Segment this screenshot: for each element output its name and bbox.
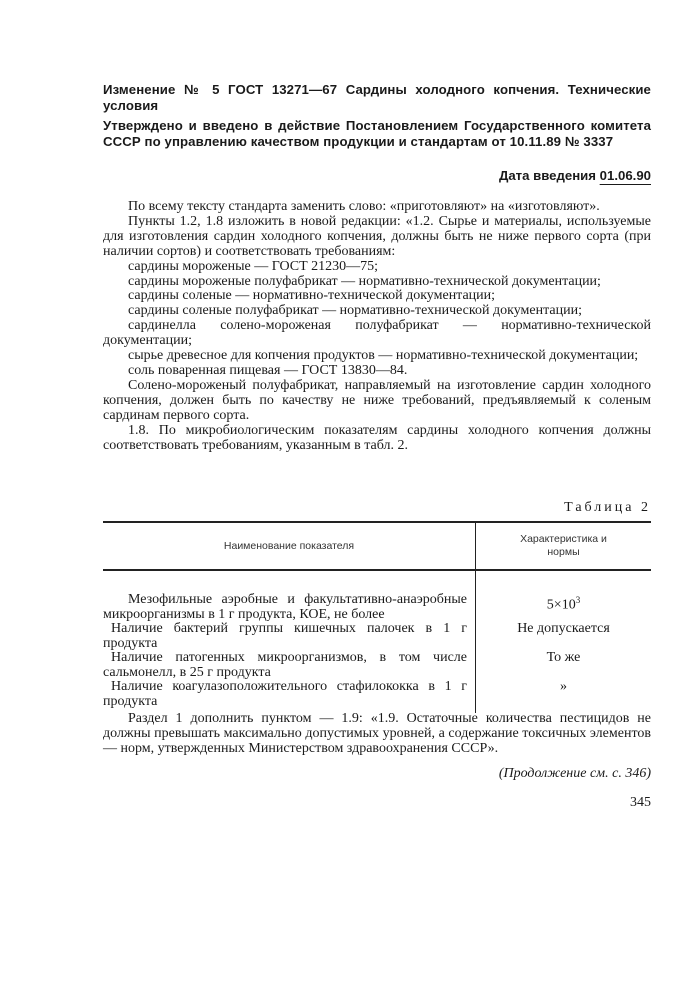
section-addition: Раздел 1 дополнить пунктом — 1.9: «1.9. …	[103, 712, 651, 757]
table-body: Мезофильные аэробные и факультативно-ана…	[103, 571, 651, 713]
approval-statement: Утверждено и введено в действие Постанов…	[103, 118, 651, 150]
column-header-name: Наименование показателя	[103, 523, 476, 569]
table-row-value: То же	[476, 651, 651, 680]
table-row-value: »	[476, 680, 651, 709]
names-column: Мезофильные аэробные и факультативно-ана…	[103, 571, 476, 713]
value-text: 5×10	[547, 598, 576, 613]
paragraph: Пункты 1.2, 1.8 изложить в новой редакци…	[103, 215, 651, 260]
microbiology-table: Наименование показателя Характеристика и…	[103, 521, 651, 713]
table-row-value: Не допускается	[476, 622, 651, 651]
amendment-body: По всему тексту стандарта заменить слово…	[103, 200, 651, 453]
list-item: соль поваренная пищевая — ГОСТ 13830—84.	[103, 364, 651, 379]
page-number: 345	[630, 795, 651, 811]
table-row-name: Наличие коагулазоположительного стафилок…	[103, 680, 467, 709]
list-item: сардины соленые — нормативно-технической…	[103, 289, 651, 304]
list-item: сырье древесное для копчения продуктов —…	[103, 349, 651, 364]
column-header-norms: Характеристика и нормы	[476, 523, 651, 569]
list-item: сардины мороженые — ГОСТ 21230—75;	[103, 260, 651, 275]
values-column: 5×103 Не допускается То же »	[476, 571, 651, 713]
paragraph: Раздел 1 дополнить пунктом — 1.9: «1.9. …	[103, 712, 651, 757]
table-row-name: Наличие патогенных микроорганизмов, в то…	[103, 651, 467, 680]
value-exponent: 3	[576, 595, 581, 605]
table-row-name: Мезофильные аэробные и факультативно-ана…	[103, 593, 467, 622]
table-row-value: 5×103	[476, 593, 651, 622]
column-header-norms-text: Характеристика и нормы	[504, 533, 624, 559]
effective-date: Дата введения 01.06.90	[499, 168, 651, 183]
effective-date-value: 01.06.90	[600, 168, 651, 183]
effective-date-label: Дата введения	[499, 168, 596, 183]
table-row-name: Наличие бактерий группы кишечных палочек…	[103, 622, 467, 651]
table-header: Наименование показателя Характеристика и…	[103, 523, 651, 569]
paragraph: Солено-мороженый полуфабрикат, направляе…	[103, 379, 651, 424]
list-item: сардины мороженые полуфабрикат — нормати…	[103, 275, 651, 290]
list-item: сардины соленые полуфабрикат — нормативн…	[103, 304, 651, 319]
amendment-title: Изменение № 5 ГОСТ 13271—67 Сардины холо…	[103, 82, 651, 114]
table-caption: Таблица 2	[564, 500, 651, 516]
list-item: сардинелла солено-мороженая полуфабрикат…	[103, 319, 651, 349]
continuation-note: (Продолжение см. с. 346)	[499, 766, 651, 782]
paragraph: По всему тексту стандарта заменить слово…	[103, 200, 651, 215]
paragraph: 1.8. По микробиологическим показателям с…	[103, 424, 651, 454]
